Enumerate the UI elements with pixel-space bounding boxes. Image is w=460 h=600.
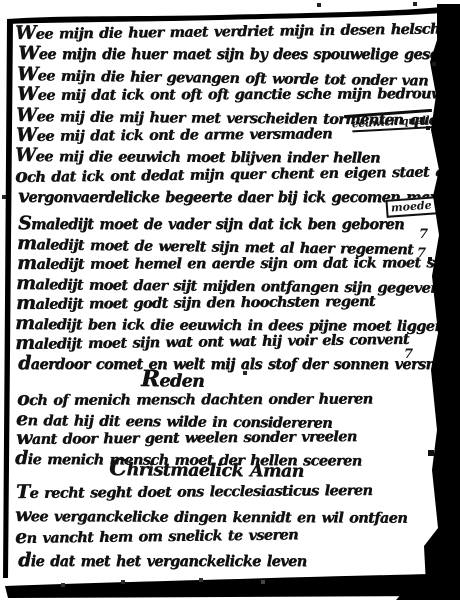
paper-specks <box>0 0 2 2</box>
manuscript-line: en vancht hem om snelick te vseren <box>15 520 436 548</box>
manuscript-line: Wee mijn die huer maet verdriet mijn in … <box>15 16 436 42</box>
manuscript-line: want door huer gent weelen sonder vreele… <box>16 423 436 446</box>
manuscript-line: maledijt moet hemel en aerde sijn om dat… <box>17 250 436 272</box>
manuscript-line: die dat met het verganckelicke leven <box>18 549 436 572</box>
manuscript-line: vergonvaerdelicke begeerte daer bij ick … <box>18 185 436 205</box>
text-block-closing-verse: Te recht seght doet ons lecclesiasticus … <box>15 481 436 571</box>
manuscript-page: Wee mijn die huer maet verdriet mijn in … <box>0 0 460 600</box>
marginal-mark: 7 <box>417 246 426 261</box>
manuscript-line: Wee mijn die huer maet sijn by dees spou… <box>18 42 436 62</box>
left-border-line <box>3 19 13 578</box>
marginal-mark: 7 <box>404 347 413 362</box>
text-block-maledijt-curses: Smaledijt moet de vader sijn dat ick ben… <box>15 212 436 372</box>
manuscript-text: Wee mijn die huer maet verdriet mijn in … <box>15 0 436 600</box>
manuscript-line: och of menich mensch dachten onder huere… <box>17 386 436 407</box>
manuscript-line: maledijt moet godt sijn den hoochsten re… <box>16 288 436 312</box>
manuscript-line: Te recht seght doet ons lecclesiasticus … <box>16 477 436 503</box>
marginal-boxed-note: moede <box>385 196 439 218</box>
manuscript-line: Wee mij dat ick ont oft oft ganctie sche… <box>17 81 436 103</box>
manuscript-line: maledijt moet sijn wat ont wat hij voir … <box>15 326 436 352</box>
marginal-mark: 7 <box>419 227 428 242</box>
manuscript-line: Smaledijt moet de vader sijn dat ick ben… <box>18 212 436 232</box>
